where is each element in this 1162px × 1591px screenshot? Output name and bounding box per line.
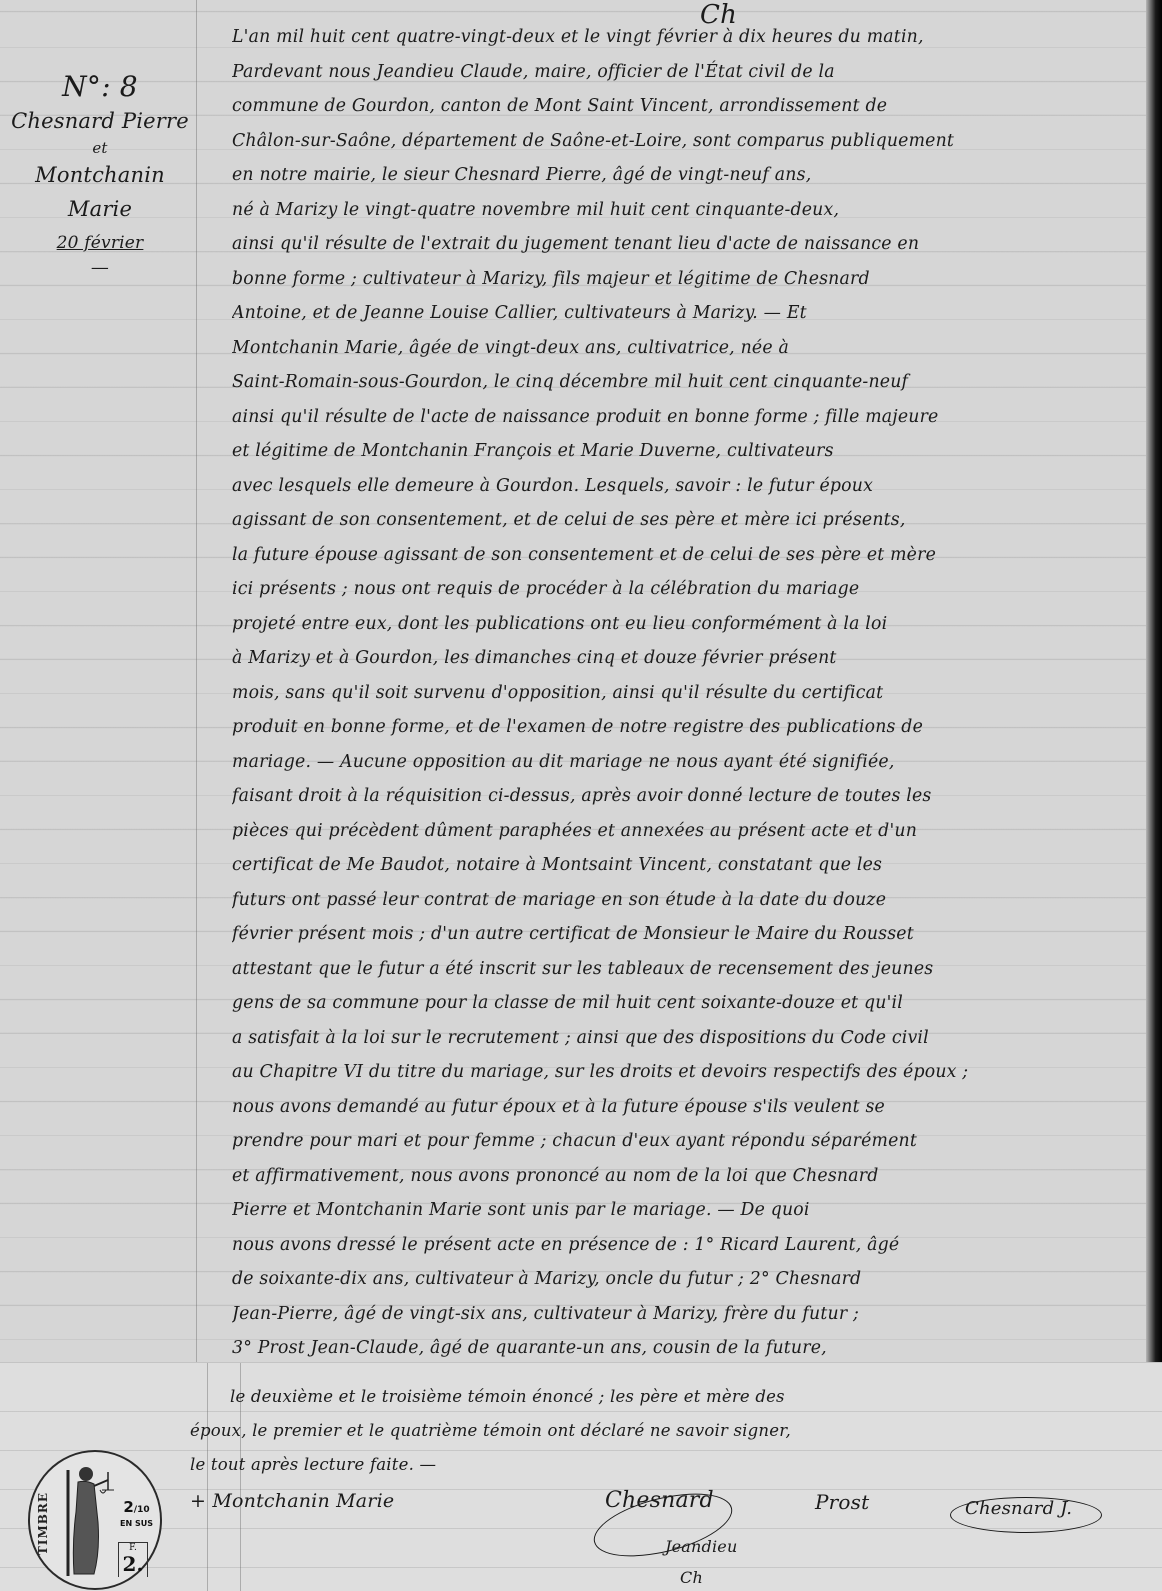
body-line: prendre pour mari et pour femme ; chacun… (232, 1124, 1152, 1159)
body-line: Montchanin Marie, âgée de vingt-deux ans… (232, 331, 1152, 366)
margin-rule (196, 0, 197, 1362)
body-line: pièces qui précèdent dûment paraphées et… (232, 814, 1152, 849)
body-line: ainsi qu'il résulte de l'acte de naissan… (232, 400, 1152, 435)
signature-mayor: Jeandieu (665, 1537, 737, 1556)
body-line: agissant de son consentement, et de celu… (232, 503, 1152, 538)
stamp-rate-note: EN SUS (120, 1517, 153, 1531)
body-line: de soixante-dix ans, cultivateur à Mariz… (232, 1262, 1152, 1297)
body-line: à Marizy et à Gourdon, les dimanches cin… (232, 641, 1152, 676)
body-line: Châlon-sur-Saône, département de Saône-e… (232, 124, 1152, 159)
closing-line: le deuxième et le troisième témoin énonc… (190, 1380, 1090, 1414)
body-line: ici présents ; nous ont requis de procéd… (232, 572, 1152, 607)
body-line: avec lesquels elle demeure à Gourdon. Le… (232, 469, 1152, 504)
body-line: nous avons dressé le présent acte en pré… (232, 1228, 1152, 1263)
body-line: Pierre et Montchanin Marie sont unis par… (232, 1193, 1152, 1228)
signature-initials: Ch (680, 1568, 703, 1587)
bride-mark: + Montchanin Marie (190, 1490, 394, 1512)
closing-text: le deuxième et le troisième témoin énonc… (190, 1380, 1090, 1482)
body-line: né à Marizy le vingt-quatre novembre mil… (232, 193, 1152, 228)
body-line: commune de Gourdon, canton de Mont Saint… (232, 89, 1152, 124)
body-line: mois, sans qu'il soit survenu d'oppositi… (232, 676, 1152, 711)
record-date: 20 février (10, 226, 190, 260)
signature-witness-chesnard: Chesnard J. (965, 1498, 1072, 1519)
body-line: Jean-Pierre, âgé de vingt-six ans, culti… (232, 1297, 1152, 1332)
closing-line: le tout après lecture faite. — (190, 1448, 1090, 1482)
closing-line: époux, le premier et le quatrième témoin… (190, 1414, 1090, 1448)
record-body: L'an mil huit cent quatre-vingt-deux et … (232, 20, 1152, 1469)
tax-stamp: TIMBRE 2/10 EN SUS F. 2. (28, 1450, 162, 1590)
body-line: faisant droit à la réquisition ci-dessus… (232, 779, 1152, 814)
body-line: attestant que le futur a été inscrit sur… (232, 952, 1152, 987)
body-line: ainsi qu'il résulte de l'extrait du juge… (232, 227, 1152, 262)
stamp-ring-text: TIMBRE (36, 1492, 50, 1555)
body-line: certificat de Me Baudot, notaire à Monts… (232, 848, 1152, 883)
stamp-rate-fraction: /10 (134, 1505, 150, 1515)
body-line: gens de sa commune pour la classe de mil… (232, 986, 1152, 1021)
body-line: bonne forme ; cultivateur à Marizy, fils… (232, 262, 1152, 297)
justice-figure-icon (64, 1462, 116, 1578)
body-line: et légitime de Montchanin François et Ma… (232, 434, 1152, 469)
body-line: 3° Prost Jean-Claude, âgé de quarante-un… (232, 1331, 1152, 1366)
body-line: et affirmativement, nous avons prononcé … (232, 1159, 1152, 1194)
body-line: L'an mil huit cent quatre-vingt-deux et … (232, 20, 1152, 55)
body-line: la future épouse agissant de son consent… (232, 538, 1152, 573)
record-number: N°: 8 (10, 70, 190, 104)
body-line: a satisfait à la loi sur le recrutement … (232, 1021, 1152, 1056)
body-line: Saint-Romain-sous-Gourdon, le cinq décem… (232, 365, 1152, 400)
stamp-box-value: 2. (123, 1552, 144, 1576)
body-line: Pardevant nous Jeandieu Claude, maire, o… (232, 55, 1152, 90)
body-line: projeté entre eux, dont les publications… (232, 607, 1152, 642)
stamp-value-box: F. 2. (118, 1542, 148, 1577)
stamp-rate: 2/10 EN SUS (120, 1500, 153, 1531)
stamp-rate-top: 2 (123, 1498, 133, 1516)
body-line: mariage. — Aucune opposition au dit mari… (232, 745, 1152, 780)
body-line: février présent mois ; d'un autre certif… (232, 917, 1152, 952)
margin-note: N°: 8 Chesnard Pierre et Montchanin Mari… (10, 70, 190, 276)
body-line: en notre mairie, le sieur Chesnard Pierr… (232, 158, 1152, 193)
conjunction: et (10, 138, 190, 158)
body-line: au Chapitre VI du titre du mariage, sur … (232, 1055, 1152, 1090)
signature-witness-prost: Prost (815, 1490, 869, 1514)
body-line: nous avons demandé au futur époux et à l… (232, 1090, 1152, 1125)
body-line: Antoine, et de Jeanne Louise Callier, cu… (232, 296, 1152, 331)
register-page: Ch N°: 8 Chesnard Pierre et Montchanin M… (0, 0, 1162, 1362)
body-line: futurs ont passé leur contrat de mariage… (232, 883, 1152, 918)
groom-name: Chesnard Pierre (10, 104, 190, 138)
body-line: produit en bonne forme, et de l'examen d… (232, 710, 1152, 745)
dash: — (10, 260, 190, 276)
bride-name: Montchanin Marie (10, 158, 190, 226)
